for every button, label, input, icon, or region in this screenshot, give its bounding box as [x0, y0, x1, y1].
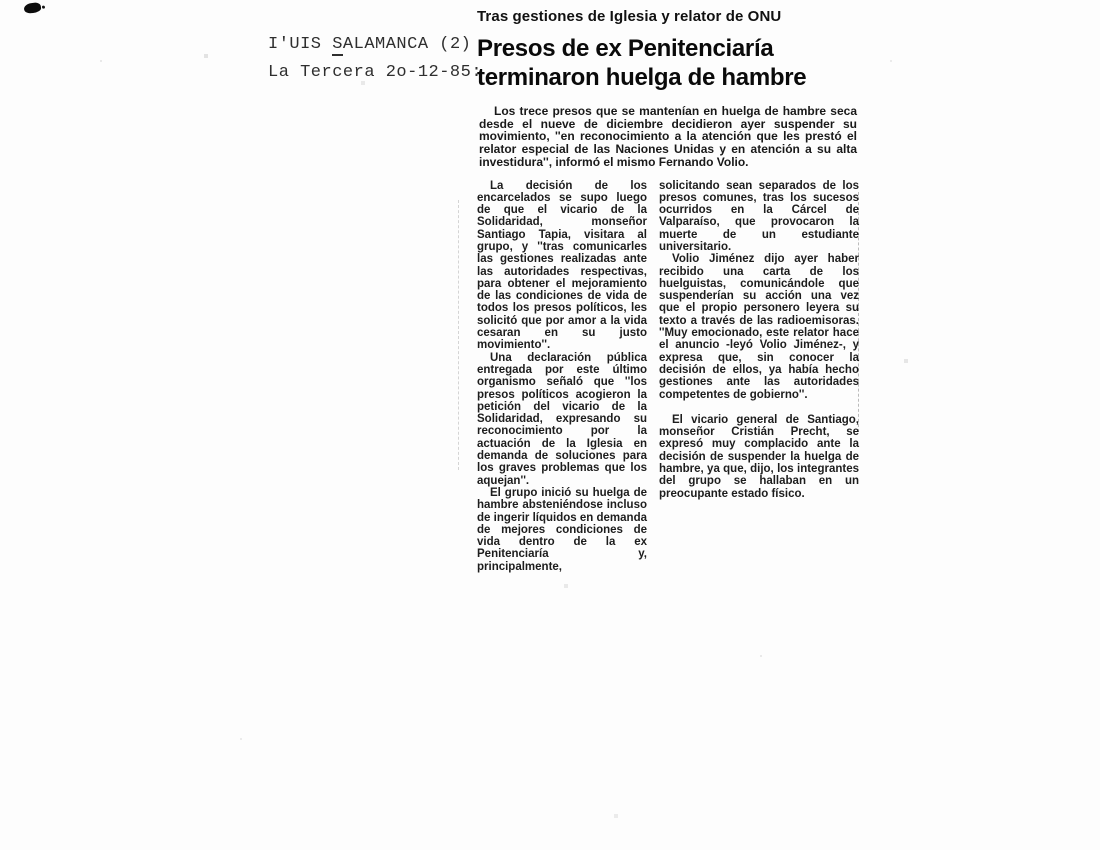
body-paragraph: solicitando sean separados de los presos…: [659, 180, 859, 254]
article-right-column: solicitando sean separados de los presos…: [659, 180, 859, 574]
body-paragraph: El grupo inició su huelga de hambre abst…: [477, 487, 647, 573]
annotation-name-suffix: ALAMANCA (2): [343, 35, 471, 54]
annotation-name-prefix: I'UIS: [268, 35, 332, 54]
scanned-newspaper-clipping-page: I'UIS SALAMANCA (2) La Tercera 2o-12-85:…: [0, 0, 1100, 850]
headline-line-1: Presos de ex Penitenciaría: [477, 35, 773, 62]
article-lead-paragraph: Los trece presos que se mantenían en hue…: [479, 105, 857, 169]
annotation-date-line: La Tercera 2o-12-85:: [268, 59, 482, 87]
article-headline: Presos de ex Penitenciaría terminaron hu…: [477, 34, 879, 92]
body-paragraph: Volio Jiménez dijo ayer haber recibido u…: [659, 253, 859, 401]
annotation-source-line: I'UIS SALAMANCA (2): [268, 31, 482, 59]
left-column-scan-rule: [458, 200, 459, 470]
article-body-columns: La decisión de los encarcelados se supo …: [477, 180, 859, 574]
ink-blot-mark: [23, 2, 41, 14]
scan-noise-specks: [0, 0, 2, 2]
newspaper-article: Tras gestiones de Iglesia y relator de O…: [455, 8, 879, 573]
headline-line-2: terminaron huelga de hambre: [477, 64, 806, 91]
body-paragraph: El vicario general de Santiago, monseñor…: [659, 414, 859, 500]
annotation-underlined-letter: S: [332, 35, 343, 56]
body-paragraph: La decisión de los encarcelados se supo …: [477, 180, 647, 352]
right-column-scan-rule: [858, 192, 859, 432]
body-paragraph: Una declaración pública entregada por es…: [477, 352, 647, 487]
article-kicker: Tras gestiones de Iglesia y relator de O…: [477, 8, 879, 25]
typewritten-annotation: I'UIS SALAMANCA (2) La Tercera 2o-12-85:: [268, 31, 482, 87]
article-left-column: La decisión de los encarcelados se supo …: [477, 180, 647, 574]
